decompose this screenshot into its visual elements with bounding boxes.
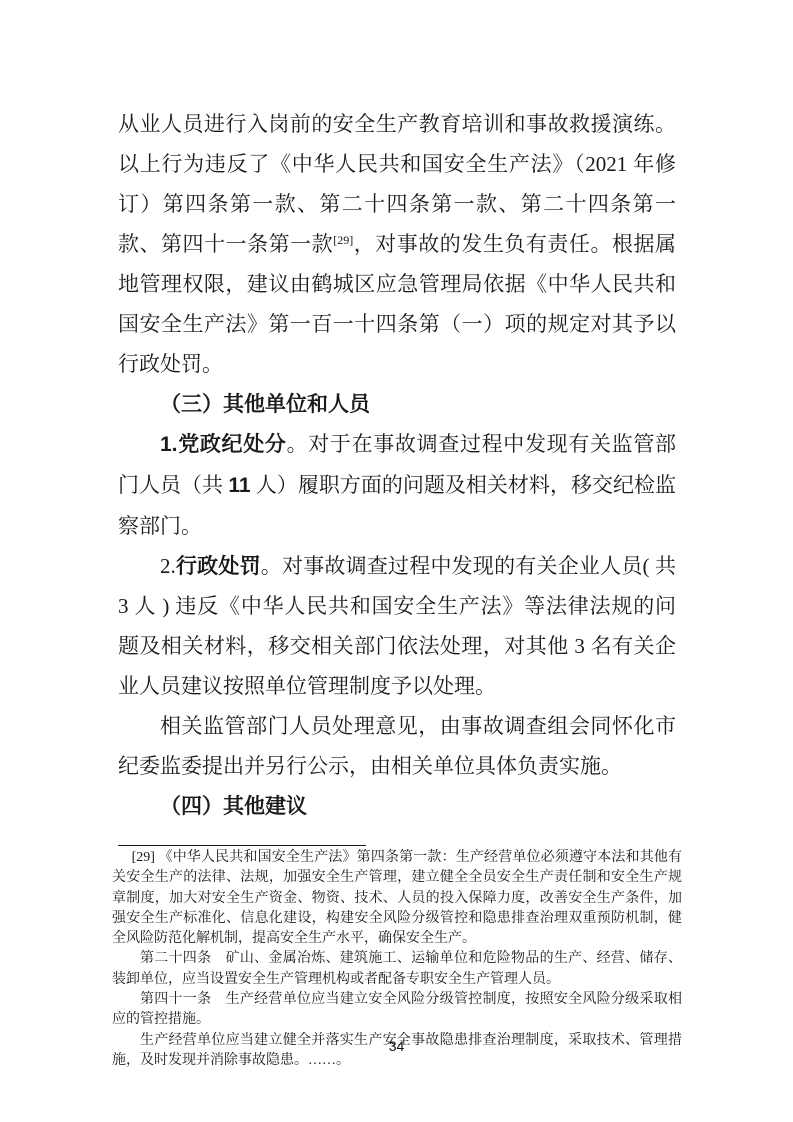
paragraph-continuation: 从业人员进行入岗前的安全生产教育培训和事故救援演练。以上行为违反了《中华人民共和… <box>118 104 676 384</box>
list-number: 1. <box>160 433 178 456</box>
paragraph-party-discipline: 1.党政纪处分。对于在事故调查过程中发现有关监管部门人员（共 11 人）履职方面… <box>118 424 676 546</box>
page-number: 34 <box>0 1038 793 1054</box>
paragraph-lead: 党政纪处分 <box>178 432 287 456</box>
footnote-marker: [29] <box>132 850 155 865</box>
footnote-text: 《中华人民共和国安全生产法》第四条第一款：生产经营单位必须遵守本法和其他有关安全… <box>112 850 682 946</box>
paragraph-administrative-penalty: 2.行政处罚。对事故调查过程中发现的有关企业人员( 共 3 人 ) 违反《中华人… <box>118 546 676 706</box>
section-heading-4: （四）其他建议 <box>118 786 676 826</box>
document-body: 从业人员进行入岗前的安全生产教育培训和事故救援演练。以上行为违反了《中华人民共和… <box>118 104 676 826</box>
paragraph-lead: 行政处罚 <box>176 554 261 578</box>
section-heading-3: （三）其他单位和人员 <box>118 384 676 424</box>
person-count: 11 <box>228 474 250 497</box>
document-page: 从业人员进行入岗前的安全生产教育培训和事故救援演练。以上行为违反了《中华人民共和… <box>0 0 793 1122</box>
footnote-article-41: 第四十一条 生产经营单位应当建立安全风险分级管控制度，按照安全风险分级采取相应的… <box>112 990 682 1031</box>
footnote-29: [29] 《中华人民共和国安全生产法》第四条第一款：生产经营单位必须遵守本法和其… <box>112 848 682 949</box>
paragraph-supervision-opinion: 相关监管部门人员处理意见，由事故调查组会同怀化市纪委监委提出并另行公示，由相关单… <box>118 706 676 786</box>
list-number: 2. <box>160 554 176 578</box>
footnote-separator <box>118 845 366 846</box>
footnote-reference-29: [29] <box>333 233 353 247</box>
footnote-article-24: 第二十四条 矿山、金属冶炼、建筑施工、运输单位和危险物品的生产、经营、储存、装卸… <box>112 949 682 990</box>
